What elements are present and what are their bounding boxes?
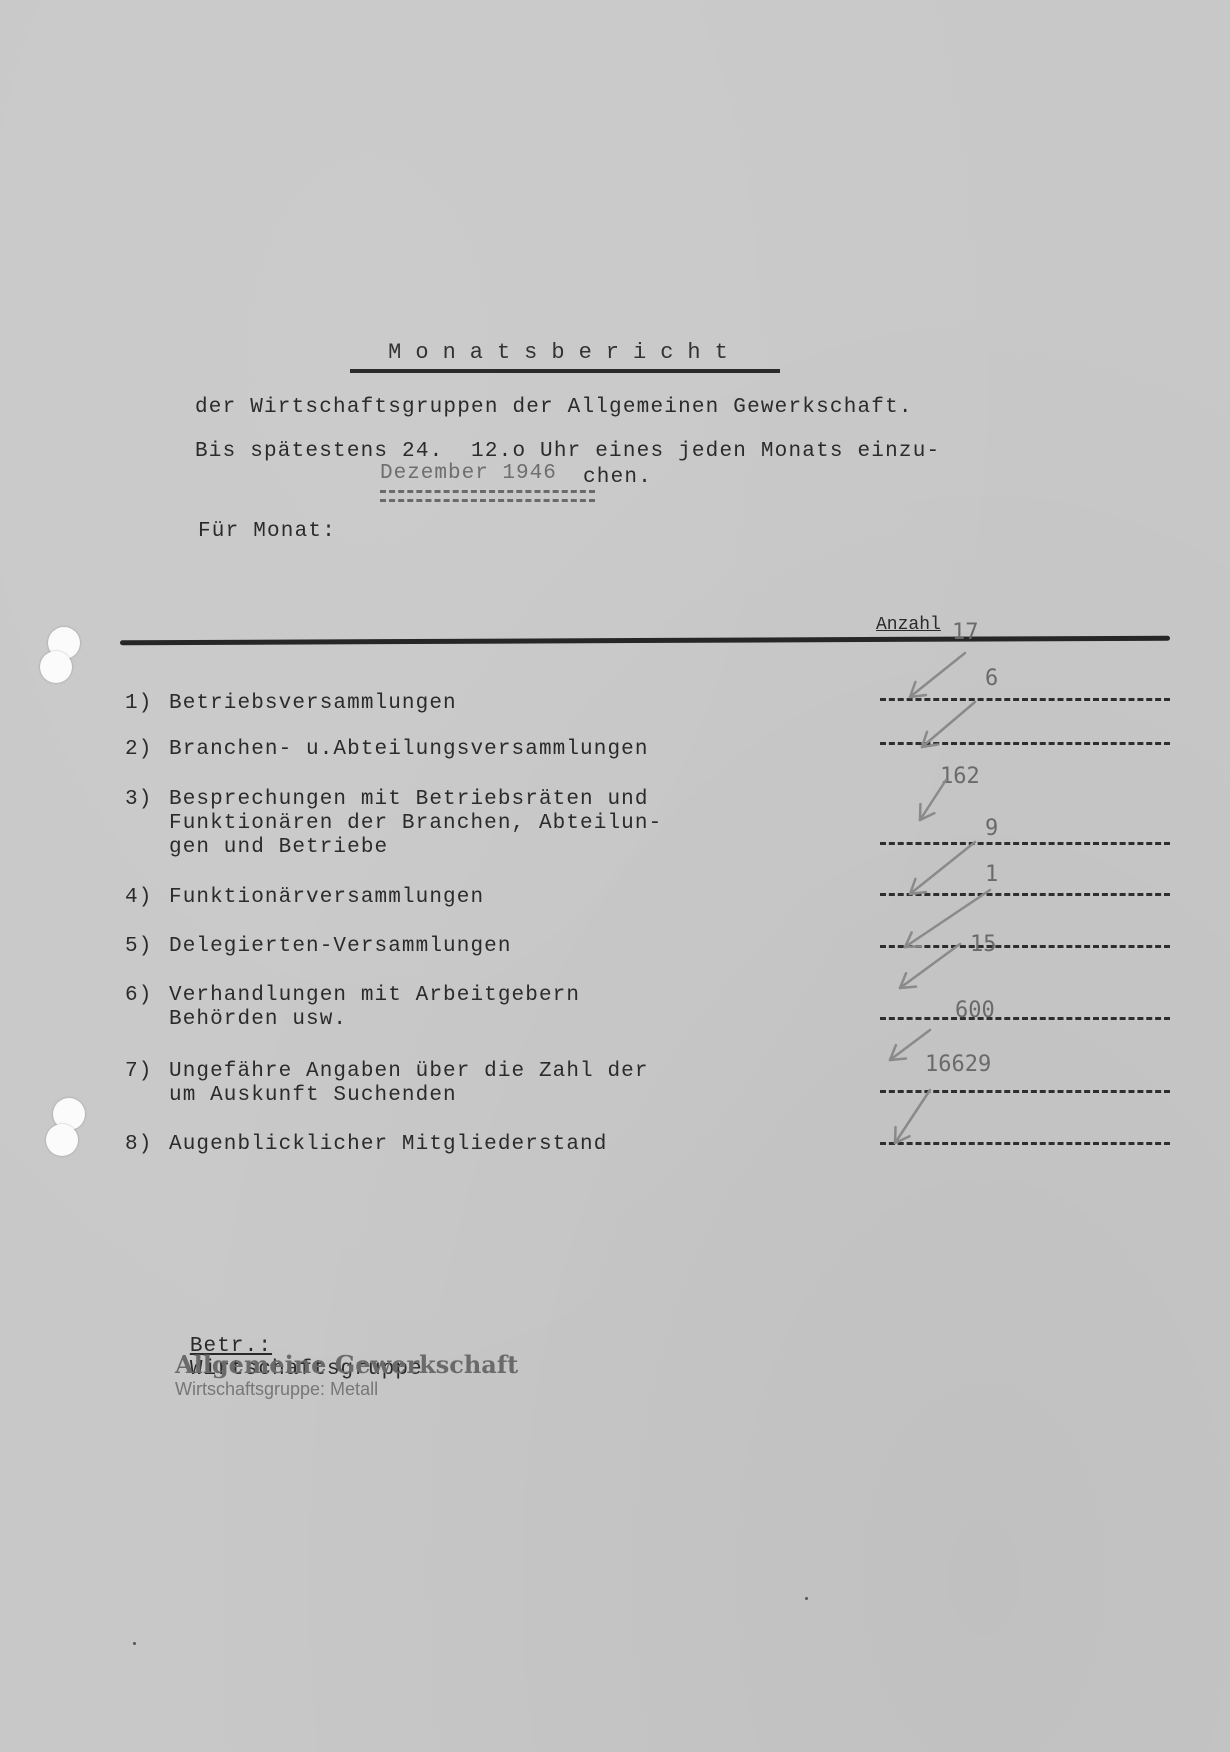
report-item: 7)Ungefähre Angaben über die Zahl der um… [125, 1060, 649, 1108]
item-number: 5) [125, 935, 169, 959]
item-label: Branchen- u.Abteilungsversammlungen [169, 738, 649, 762]
item-number: 4) [125, 886, 169, 910]
item-label: Betriebsversammlungen [169, 692, 457, 716]
item-label: Verhandlungen mit Arbeitgebern Behörden … [169, 984, 580, 1032]
report-item: 5)Delegierten-Versammlungen [125, 935, 512, 959]
subtitle: der Wirtschaftsgruppen der Allgemeinen G… [195, 396, 913, 419]
deadline-instruction-continued: chen. [583, 466, 652, 489]
header-rule [120, 636, 1170, 646]
month-label: Für Monat: [198, 520, 336, 543]
stamped-month: Dezember 1946 [380, 462, 557, 485]
item-number: 7) [125, 1060, 169, 1084]
page-title: Monatsbericht [350, 340, 780, 373]
paper-speck [805, 1597, 808, 1600]
document-page: Monatsbericht der Wirtschaftsgruppen der… [0, 0, 1230, 1752]
organization-stamp: Allgemeine Gewerkschaft Wirtschaftsgrupp… [175, 1350, 518, 1400]
stamp-organization: Allgemeine Gewerkschaft [175, 1350, 518, 1379]
item-label: Augenblicklicher Mitgliederstand [169, 1133, 607, 1157]
pencil-arrow-icon [902, 682, 995, 767]
report-item: 4)Funktionärversammlungen [125, 886, 484, 910]
item-label: Funktionärversammlungen [169, 886, 484, 910]
pencil-arrow-icon [880, 924, 980, 1008]
item-number: 8) [125, 1133, 169, 1157]
pencil-arrow-icon [875, 1070, 950, 1163]
item-label: Besprechungen mit Betriebsräten und Funk… [169, 788, 662, 860]
stamp-group: Wirtschaftsgruppe: Metall [175, 1379, 518, 1400]
report-item: 1)Betriebsversammlungen [125, 692, 457, 716]
item-label: Ungefähre Angaben über die Zahl der um A… [169, 1060, 649, 1108]
item-label: Delegierten-Versammlungen [169, 935, 512, 959]
column-header-count: Anzahl [876, 615, 941, 635]
report-item: 8)Augenblicklicher Mitgliederstand [125, 1133, 607, 1157]
report-item: 3)Besprechungen mit Betriebsräten und Fu… [125, 788, 662, 860]
punch-hole [40, 651, 72, 683]
deadline-instruction: Bis spätestens 24. 12.o Uhr eines jeden … [195, 440, 940, 463]
item-count-value: 600 [955, 998, 995, 1023]
item-number: 3) [125, 788, 169, 812]
report-item: 6)Verhandlungen mit Arbeitgebern Behörde… [125, 984, 580, 1032]
paper-speck [133, 1642, 136, 1645]
punch-hole [46, 1124, 78, 1156]
stamped-month-underline [380, 490, 595, 502]
item-number: 1) [125, 692, 169, 716]
item-number: 6) [125, 984, 169, 1008]
report-item: 2)Branchen- u.Abteilungsversammlungen [125, 738, 649, 762]
item-number: 2) [125, 738, 169, 762]
